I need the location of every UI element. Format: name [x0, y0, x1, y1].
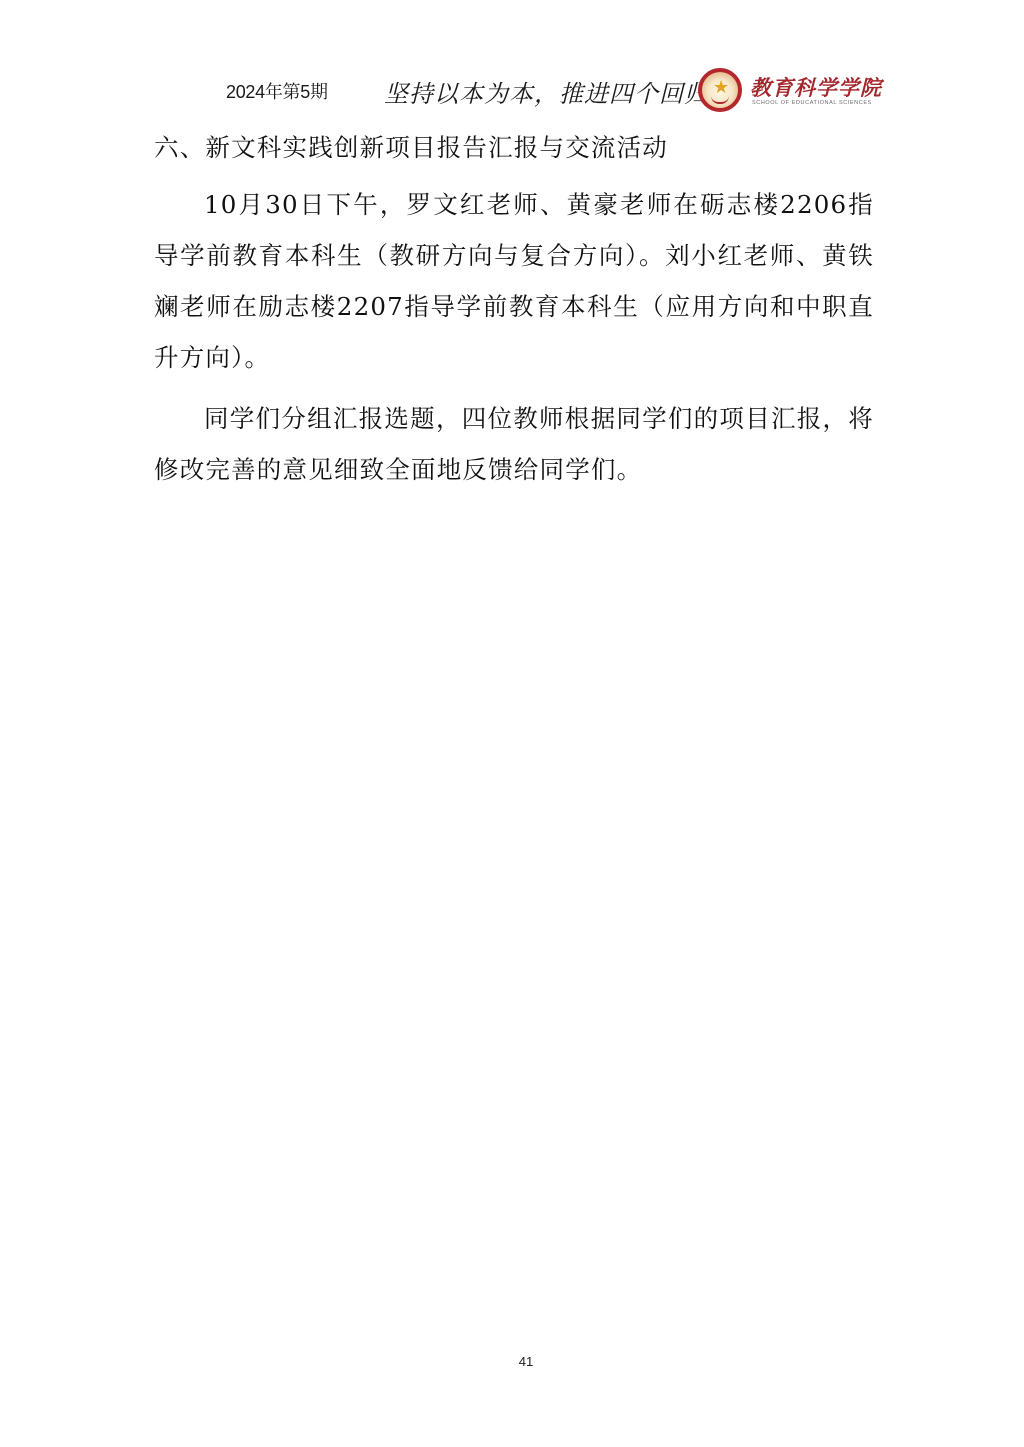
page-number: 41: [0, 1354, 1024, 1369]
star-icon: ★: [713, 78, 729, 96]
section-title: 六、新文科实践创新项目报告汇报与交流活动: [154, 127, 874, 169]
header-motto: 坚持以本为本，推进四个回归: [384, 74, 709, 109]
logo-subtitle: SCHOOL OF EDUCATIONAL SCIENCES: [752, 100, 872, 106]
page-header: 2024年第5期 坚持以本为本，推进四个回归 ★ 教育科学学院 SCHOOL O…: [0, 62, 1024, 122]
school-logo: ★ 教育科学学院 SCHOOL OF EDUCATIONAL SCIENCES: [696, 66, 876, 116]
logo-title: 教育科学学院: [750, 72, 882, 102]
article-body: 六、新文科实践创新项目报告汇报与交流活动 10月30日下午，罗文红老师、黄豪老师…: [154, 127, 874, 495]
paragraph: 同学们分组汇报选题，四位教师根据同学们的项目汇报，将修改完善的意见细致全面地反馈…: [154, 393, 874, 495]
issue-label: 2024年第5期: [226, 78, 328, 104]
paragraph: 10月30日下午，罗文红老师、黄豪老师在砺志楼2206指导学前教育本科生（教研方…: [154, 179, 874, 383]
book-icon: [711, 96, 729, 104]
school-emblem-icon: ★: [698, 68, 742, 112]
